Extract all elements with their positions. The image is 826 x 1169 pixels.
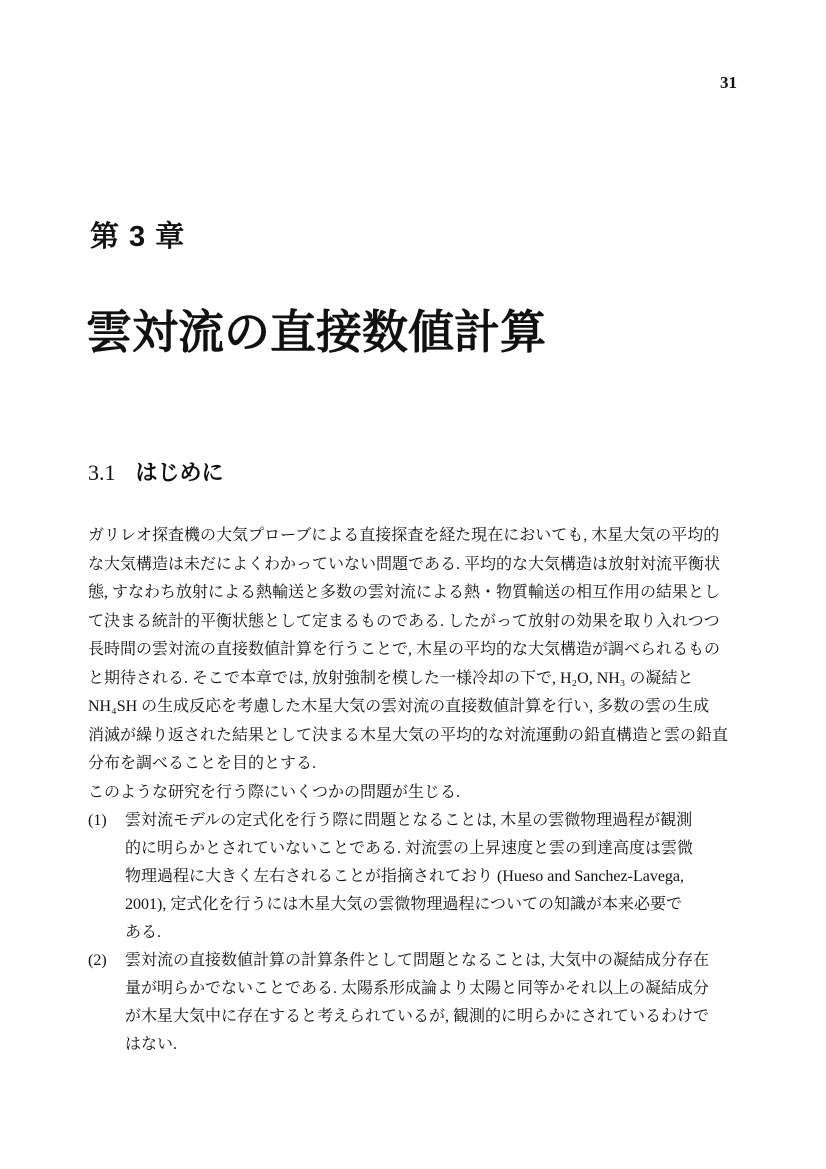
chapter-label: 第 3 章 xyxy=(90,222,185,254)
body-line: 雲対流の直接数値計算の計算条件として問題となることは, 大気中の凝結成分存在 xyxy=(125,947,740,975)
body-line: な大気構造は未だによくわかっていない問題である. 平均的な大気構造は放射対流平衡… xyxy=(88,551,740,580)
body-line: このような研究を行う際にいくつかの問題が生じる. xyxy=(88,779,740,808)
body-line: ガリレオ探査機の大気プローブによる直接探査を経た現在においても, 木星大気の平均… xyxy=(88,522,740,551)
body-line: 量が明らかでないことである. 太陽系形成論より太陽と同等かそれ以上の凝結成分 xyxy=(125,975,740,1003)
paragraph-1: ガリレオ探査機の大気プローブによる直接探査を経た現在においても, 木星大気の平均… xyxy=(88,522,740,779)
paragraph-2: このような研究を行う際にいくつかの問題が生じる. xyxy=(88,779,740,808)
section-heading: 3.1はじめに xyxy=(88,460,224,486)
body-line: 2001), 定式化を行うには木星大気の雲微物理過程についての知識が本来必要で xyxy=(125,891,740,919)
list-item-label: (2) xyxy=(88,947,107,975)
body-line: て決まる統計的平衡状態として定まるものである. したがって放射の効果を取り入れつ… xyxy=(88,608,740,637)
body-line: 分布を調べることを目的とする. xyxy=(88,750,740,779)
body-line: 長時間の雲対流の直接数値計算を行うことで, 木星の平均的な大気構造が調べられるも… xyxy=(88,636,740,665)
numbered-list: (1) 雲対流モデルの定式化を行う際に問題となることは, 木星の雲微物理過程が観… xyxy=(88,807,740,1059)
list-item: (1) 雲対流モデルの定式化を行う際に問題となることは, 木星の雲微物理過程が観… xyxy=(88,807,740,947)
list-item-label: (1) xyxy=(88,807,107,835)
body-line: 態, すなわち放射による熱輸送と多数の雲対流による熱・物質輸送の相互作用の結果と… xyxy=(88,579,740,608)
body-line: 消滅が繰り返された結果として決まる木星大気の平均的な対流運動の鉛直構造と雲の鉛直 xyxy=(88,722,740,751)
chapter-title: 雲対流の直接数値計算 xyxy=(86,308,546,356)
body-line: ある. xyxy=(125,919,740,947)
body-line: と期待される. そこで本章では, 放射強制を模した一様冷却の下で, H₂O, N… xyxy=(88,665,740,694)
body-line: はない. xyxy=(125,1031,740,1059)
body-text: ガリレオ探査機の大気プローブによる直接探査を経た現在においても, 木星大気の平均… xyxy=(88,522,740,1059)
body-line: 物理過程に大きく左右されることが指摘されており (Hueso and Sanch… xyxy=(125,863,740,891)
page-number: 31 xyxy=(720,73,737,93)
thesis-page: 31 第 3 章 雲対流の直接数値計算 3.1はじめに ガリレオ探査機の大気プロ… xyxy=(0,0,826,1169)
body-line: 的に明らかとされていないことである. 対流雲の上昇速度と雲の到達高度は雲微 xyxy=(125,835,740,863)
list-item: (2) 雲対流の直接数値計算の計算条件として問題となることは, 大気中の凝結成分… xyxy=(88,947,740,1059)
body-line: が木星大気中に存在すると考えられているが, 観測的に明らかにされているわけで xyxy=(125,1003,740,1031)
section-title: はじめに xyxy=(136,460,224,485)
section-number: 3.1 xyxy=(88,460,116,485)
body-line: 雲対流モデルの定式化を行う際に問題となることは, 木星の雲微物理過程が観測 xyxy=(125,807,740,835)
body-line: NH₄SH の生成反応を考慮した木星大気の雲対流の直接数値計算を行い, 多数の雲… xyxy=(88,693,740,722)
